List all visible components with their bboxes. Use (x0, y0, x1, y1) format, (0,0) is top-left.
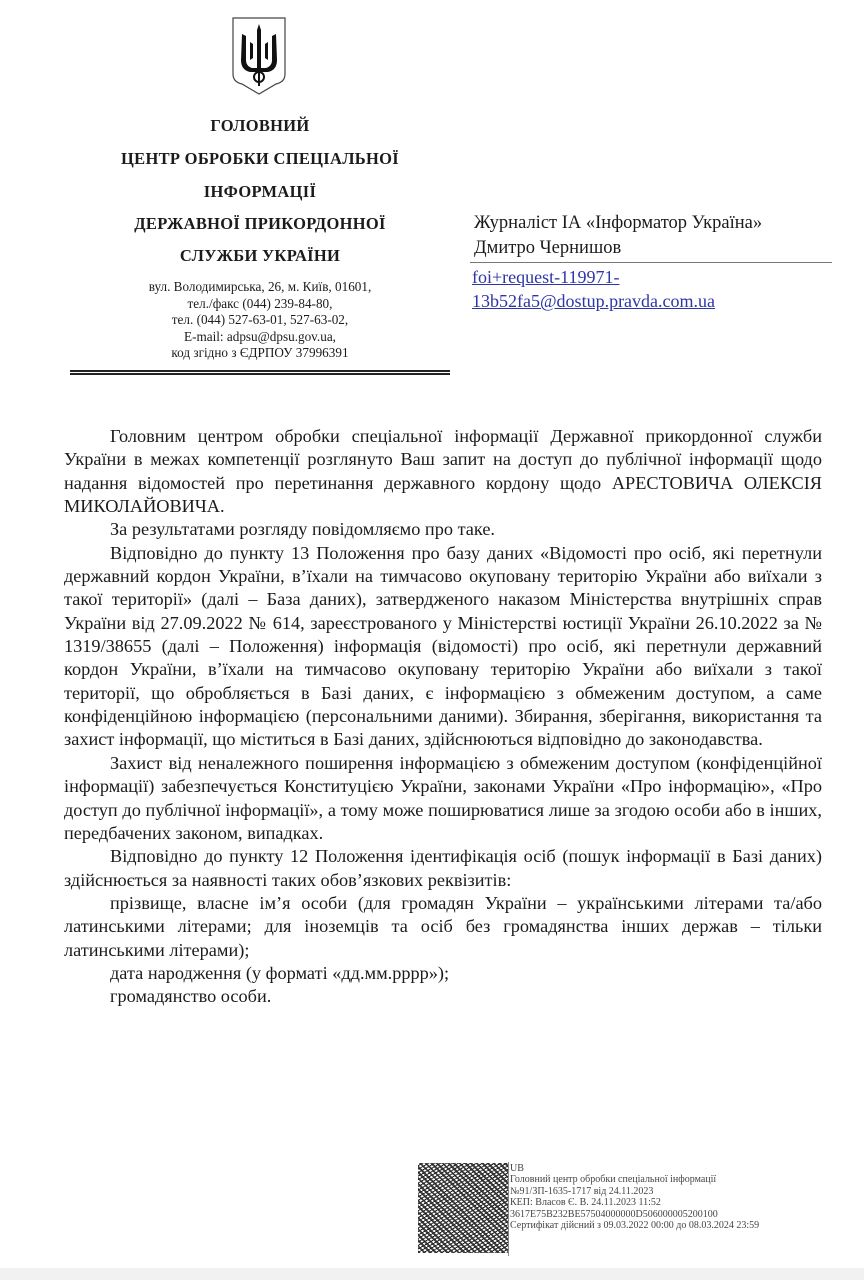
stamp-line: КЕП: Власов Є. В. 24.11.2023 11:52 (510, 1197, 759, 1208)
recipient-name: Дмитро Чернишов (474, 236, 621, 260)
paragraph-database: Відповідно до пункту 13 Положення про ба… (64, 542, 822, 752)
stamp-line: UB (510, 1163, 759, 1174)
org-title-line-2: ЦЕНТР ОБРОБКИ СПЕЦІАЛЬНОЇ (60, 149, 460, 169)
ukraine-trident-emblem-icon (230, 16, 288, 96)
address-line: E-mail: adpsu@dpsu.gov.ua, (60, 329, 460, 346)
address-line: код згідно з ЄДРПОУ 37996391 (60, 345, 460, 362)
org-title-line-5: СЛУЖБИ УКРАЇНИ (60, 246, 460, 266)
digital-signature-stamp: UB Головний центр обробки спеціальної ін… (418, 1162, 838, 1256)
paragraph-protection: Захист від неналежного поширення інформа… (64, 752, 822, 845)
requirement-citizenship: громадянство особи. (64, 985, 822, 1008)
org-address-block: вул. Володимирська, 26, м. Київ, 01601, … (60, 279, 460, 362)
address-line: тел. (044) 527-63-01, 527-63-02, (60, 312, 460, 329)
signature-details: UB Головний центр обробки спеціальної ін… (510, 1163, 759, 1231)
stamp-divider (508, 1162, 509, 1256)
email-line-2[interactable]: 13b52fa5@dostup.pravda.com.ua (472, 289, 715, 313)
recipient-title: Журналіст ІА «Інформатор Україна» (474, 211, 762, 235)
qr-code-icon (418, 1163, 508, 1253)
paragraph-identification: Відповідно до пункту 12 Положення іденти… (64, 845, 822, 892)
address-line: вул. Володимирська, 26, м. Київ, 01601, (60, 279, 460, 296)
org-title-line-1: ГОЛОВНИЙ (60, 116, 460, 136)
header-divider (70, 370, 450, 375)
stamp-line: Сертифікат дійсний з 09.03.2022 00:00 до… (510, 1220, 759, 1231)
requirement-birthdate: дата народження (у форматі «дд.мм.рррр»)… (64, 962, 822, 985)
stamp-line: 3617E75B232BE57504000000D506000005200100 (510, 1209, 759, 1220)
recipient-email-link[interactable]: foi+request-119971- 13b52fa5@dostup.prav… (472, 265, 715, 313)
org-title-line-4: ДЕРЖАВНОЇ ПРИКОРДОННОЇ (60, 214, 460, 234)
paragraph-request: Головним центром обробки спеціальної інф… (64, 425, 822, 518)
org-title-line-3: ІНФОРМАЦІЇ (60, 182, 460, 202)
stamp-line: Головний центр обробки спеціальної інфор… (510, 1174, 759, 1185)
letter-body: Головним центром обробки спеціальної інф… (64, 425, 822, 1009)
paragraph-intro: За результатами розгляду повідомляємо пр… (64, 518, 822, 541)
email-line-1[interactable]: foi+request-119971- (472, 265, 715, 289)
stamp-line: №91/ЗП-1635-1717 від 24.11.2023 (510, 1186, 759, 1197)
page-bottom-band (0, 1268, 864, 1280)
recipient-divider (470, 262, 832, 263)
requirement-name: прізвище, власне ім’я особи (для громадя… (64, 892, 822, 962)
address-line: тел./факс (044) 239-84-80, (60, 296, 460, 313)
